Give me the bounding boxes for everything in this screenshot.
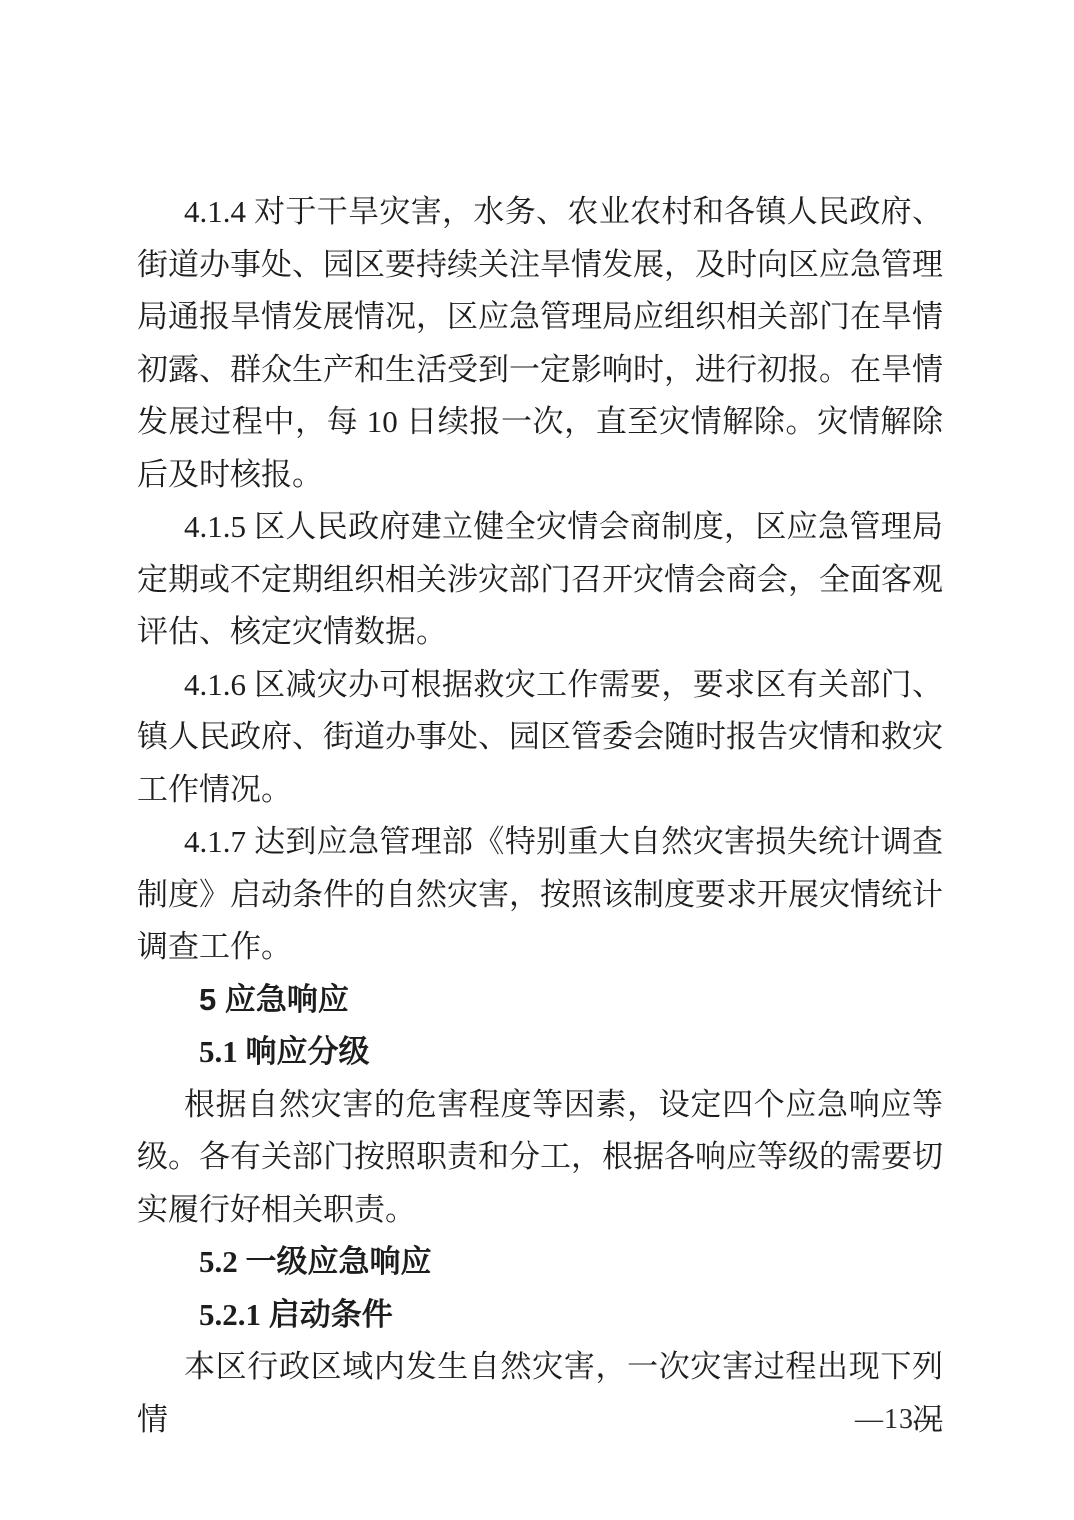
heading-section-5: 5 应急响应 xyxy=(137,974,943,1027)
paragraph-4-1-5: 4.1.5 区人民政府建立健全灾情会商制度，区应急管理局定期或不定期组织相关涉灾… xyxy=(137,501,943,659)
document-page: 4.1.4 对于干旱灾害，水务、农业农村和各镇人民政府、街道办事处、园区要持续关… xyxy=(0,0,1074,1520)
paragraph-response-levels: 根据自然灾害的危害程度等因素，设定四个应急响应等级。各有关部门按照职责和分工，根… xyxy=(137,1079,943,1237)
heading-section-5-1: 5.1 响应分级 xyxy=(137,1026,943,1079)
heading-section-5-2: 5.2 一级应急响应 xyxy=(137,1236,943,1289)
paragraph-4-1-4: 4.1.4 对于干旱灾害，水务、农业农村和各镇人民政府、街道办事处、园区要持续关… xyxy=(137,186,943,501)
heading-section-5-2-1: 5.2.1 启动条件 xyxy=(137,1289,943,1342)
document-text-block: 4.1.4 对于干旱灾害，水务、农业农村和各镇人民政府、街道办事处、园区要持续关… xyxy=(137,186,943,1446)
page-number: —13— xyxy=(855,1404,943,1436)
paragraph-4-1-7: 4.1.7 达到应急管理部《特别重大自然灾害损失统计调查制度》启动条件的自然灾害… xyxy=(137,816,943,974)
paragraph-activation-conditions: 本区行政区域内发生自然灾害，一次灾害过程出现下列情况 xyxy=(137,1341,943,1446)
paragraph-4-1-6: 4.1.6 区减灾办可根据救灾工作需要，要求区有关部门、镇人民政府、街道办事处、… xyxy=(137,659,943,817)
